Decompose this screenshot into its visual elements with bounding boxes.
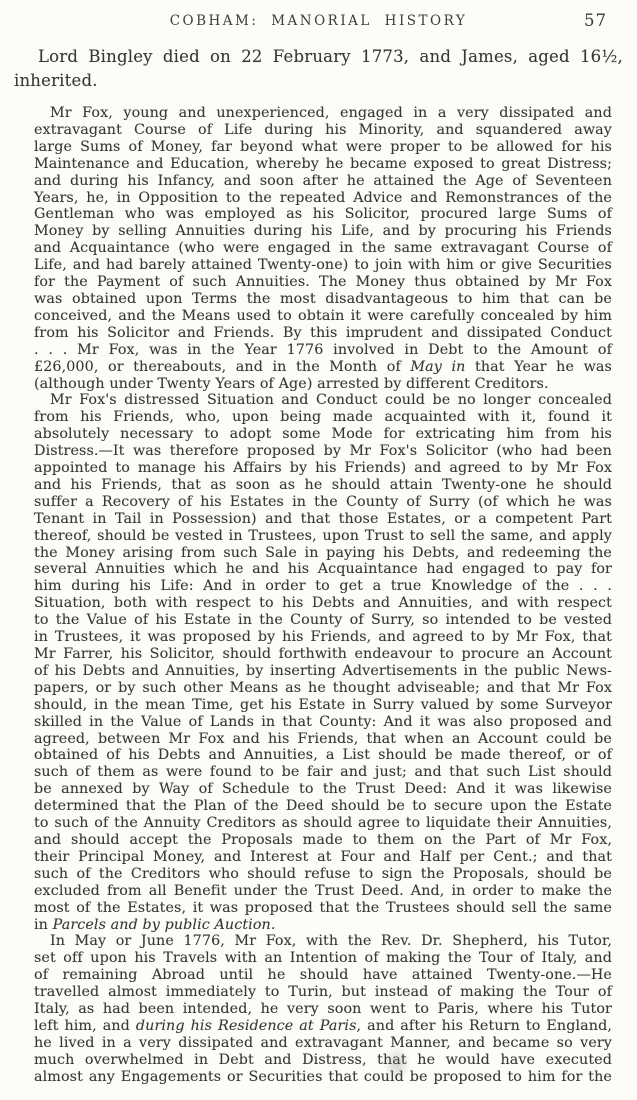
page-number: 57: [584, 11, 607, 30]
text-line: agreed, between Mr Fox and his Friends, …: [34, 731, 612, 748]
text-line: and should accept the Proposals made to …: [34, 832, 612, 849]
text-line: In May or June 1776, Mr Fox, with the Re…: [34, 933, 612, 950]
text-line: Mr Fox's distressed Situation and Conduc…: [34, 392, 612, 409]
text-line: in Parcels and by public Auction.: [34, 917, 612, 934]
text-line: and his Friends, that as soon as he shou…: [34, 477, 612, 494]
text-line: Mr Farrer, his Solicitor, should forthwi…: [34, 646, 612, 663]
text-line: travelled almost immediately to Turin, b…: [34, 984, 612, 1001]
text-line: several Annuities which he and his Acqua…: [34, 561, 612, 578]
text-line: Distress.—It was therefore proposed by M…: [34, 443, 612, 460]
text-line: large Sums of Money, far beyond what wer…: [34, 139, 612, 156]
text-line: left him, and during his Residence at Pa…: [34, 1018, 612, 1035]
text-line: their Principal Money, and Interest at F…: [34, 849, 612, 866]
text-line: was obtained upon Terms the most disadva…: [34, 291, 612, 308]
text-line: such of them as were found to be fair an…: [34, 764, 612, 781]
text-line: Tenant in Tail in Possession) and that t…: [34, 511, 612, 528]
scanned-book-page: COBHAM: MANORIAL HISTORY 57 Lord Bingley…: [0, 0, 637, 1100]
text-line: suffer a Recovery of his Estates in the …: [34, 494, 612, 511]
text-line: £26,000, or thereabouts, and in the Mont…: [34, 359, 612, 376]
text-line: him during his Life: And in order to get…: [34, 578, 612, 595]
text-line: from his Solicitor and Friends. By this …: [34, 325, 612, 342]
text-line: thereof, should be vested in Trustees, u…: [34, 528, 612, 545]
text-line: in Trustees, it was proposed by his Frie…: [34, 629, 612, 646]
text-line: to such of the Annuity Creditors as shou…: [34, 815, 612, 832]
text-line: excluded from all Benefit under the Trus…: [34, 883, 612, 900]
page-header: COBHAM: MANORIAL HISTORY 57: [0, 13, 637, 35]
text-line: determined that the Plan of the Deed sho…: [34, 798, 612, 815]
paragraph-intro: Lord Bingley died on 22 February 1773, a…: [14, 45, 623, 92]
page-text: Lord Bingley died on 22 February 1773, a…: [34, 45, 612, 1086]
text-line: skilled in the Value of Lands in that Co…: [34, 714, 612, 731]
text-line: Maintenance and Education, whereby he be…: [34, 156, 612, 173]
text-line: Life, and had barely attained Twenty-one…: [34, 257, 612, 274]
text-line: most of the Estates, it was proposed tha…: [34, 900, 612, 917]
running-title: COBHAM: MANORIAL HISTORY: [0, 13, 637, 29]
text-line: almost any Engagements or Securities tha…: [34, 1069, 612, 1086]
paragraph-fox-distress: Mr Fox's distressed Situation and Conduc…: [34, 392, 612, 933]
paragraph-fox-minority: Mr Fox, young and unexperienced, engaged…: [34, 105, 612, 392]
text-line: the Money arising from such Sale in payi…: [34, 545, 612, 562]
text-line: Italy, as had been intended, he very soo…: [34, 1001, 612, 1018]
text-line: Money by selling Annuities during his Li…: [34, 223, 612, 240]
text-line: and during his Infancy, and soon after h…: [34, 173, 612, 190]
text-line: of remaining Abroad until he should have…: [34, 967, 612, 984]
text-line: Situation, both with respect to his Debt…: [34, 595, 612, 612]
text-line: such of the Creditors who should refuse …: [34, 866, 612, 883]
text-line: much overwhelmed in Debt and Distress, t…: [34, 1052, 612, 1069]
paragraph-fox-travels: In May or June 1776, Mr Fox, with the Re…: [34, 933, 612, 1085]
text-line: set off upon his Travels with an Intenti…: [34, 950, 612, 967]
text-line: papers, or by such other Means as he tho…: [34, 680, 612, 697]
text-line: Years, he, in Opposition to the repeated…: [34, 190, 612, 207]
text-line: extravagant Course of Life during his Mi…: [34, 122, 612, 139]
text-line: be annexed by Way of Schedule to the Tru…: [34, 781, 612, 798]
text-line: and Acquaintance (who were engaged in th…: [34, 240, 612, 257]
text-line: for the Payment of such Annuities. The M…: [34, 274, 612, 291]
text-line: conceived, and the Means used to obtain …: [34, 308, 612, 325]
text-line: . . . Mr Fox, was in the Year 1776 invol…: [34, 342, 612, 359]
text-line: should, in the mean Time, get his Estate…: [34, 697, 612, 714]
text-line: of his Debts and Annuities, by inserting…: [34, 663, 612, 680]
text-line: absolutely necessary to adopt some Mode …: [34, 426, 612, 443]
text-line: Mr Fox, young and unexperienced, engaged…: [34, 105, 612, 122]
text-line: to the Value of his Estate in the County…: [34, 612, 612, 629]
text-line: inherited.: [14, 69, 623, 93]
text-line: he lived in a very dissipated and extrav…: [34, 1035, 612, 1052]
text-line: from his Friends, who, upon being made a…: [34, 409, 612, 426]
text-line: Gentleman who was employed as his Solici…: [34, 206, 612, 223]
text-line: obtained of his Debts and Annuities, a L…: [34, 747, 612, 764]
text-line: Lord Bingley died on 22 February 1773, a…: [14, 45, 623, 69]
text-line: (although under Twenty Years of Age) arr…: [34, 376, 612, 393]
text-line: appointed to manage his Affairs by his F…: [34, 460, 612, 477]
